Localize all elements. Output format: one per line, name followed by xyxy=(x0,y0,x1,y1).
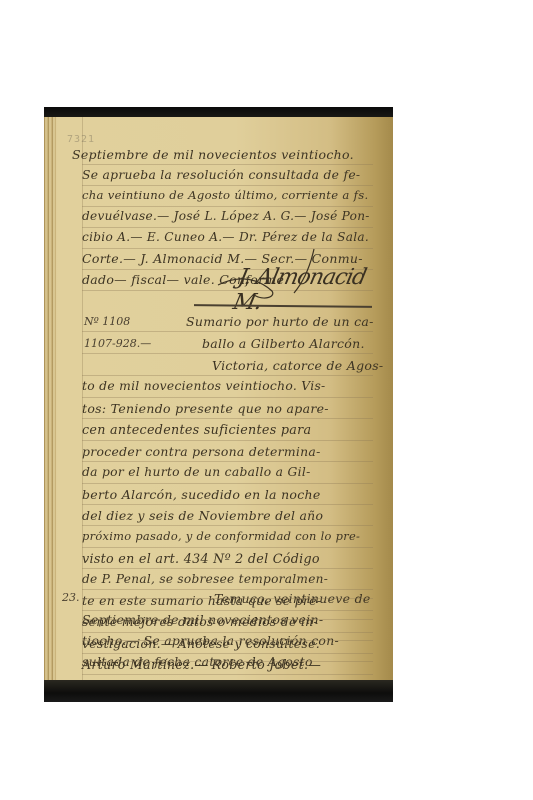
handwritten-line: Septiembre de mil novecientos veintiocho… xyxy=(72,147,354,162)
ruled-line xyxy=(82,440,373,441)
ruled-line xyxy=(82,164,373,165)
ruled-line xyxy=(82,353,373,354)
ruled-line xyxy=(82,185,373,186)
handwritten-line: visto en el art. 434 Nº 2 del Código xyxy=(82,551,320,566)
document-photo: 7321 Septiembre de mil novecientos veint… xyxy=(44,107,393,702)
ruled-line xyxy=(82,674,373,675)
page-number-stamp: 7321 xyxy=(67,134,95,145)
binding-shadow-bottom xyxy=(44,680,393,702)
signature: J. Almonacid M. xyxy=(231,265,393,315)
handwritten-line: del diez y seis de Noviembre del año xyxy=(82,508,323,523)
ruled-line xyxy=(82,227,373,228)
margin-note-day: 23. xyxy=(62,591,80,604)
handwritten-line: cibio A.— E. Cuneo A.— Dr. Pérez de la S… xyxy=(82,230,369,244)
ruled-line xyxy=(82,331,373,332)
handwritten-line: de P. Penal, se sobresee temporalmen- xyxy=(82,572,328,586)
stacked-page-edges xyxy=(44,117,56,692)
handwritten-line: proceder contra persona determina- xyxy=(82,444,321,459)
ruled-line xyxy=(82,397,373,398)
handwritten-line: tos: Teniendo presente que no apare- xyxy=(82,401,329,416)
handwritten-line: cen antecedentes suficientes para xyxy=(82,422,311,437)
handwritten-line: berto Alarcón, sucedido en la noche xyxy=(82,487,321,502)
entry-title-line: ballo a Gilberto Alarcón. xyxy=(202,336,365,351)
ruled-line xyxy=(82,589,373,590)
ruled-line xyxy=(82,661,373,662)
ruled-line xyxy=(82,547,373,548)
ruled-line xyxy=(82,525,373,526)
handwritten-line: cha veintiuno de Agosto último, corrient… xyxy=(82,188,368,202)
ruled-line xyxy=(82,375,373,376)
handwritten-line: devuélvase.— José L. López A. G.— José P… xyxy=(82,209,370,223)
ruled-line xyxy=(82,598,373,599)
ruled-line xyxy=(82,619,373,620)
ruled-line xyxy=(82,504,373,505)
entry-title-line: Sumario por hurto de un ca- xyxy=(186,314,374,329)
ruled-line xyxy=(82,418,373,419)
ruled-line xyxy=(82,461,373,462)
margin-note-number: Nº 1108 xyxy=(84,315,130,328)
handwritten-line: próximo pasado, y de conformidad con lo … xyxy=(82,529,360,543)
ledger-page: 7321 Septiembre de mil novecientos veint… xyxy=(44,117,393,692)
handwritten-line: da por el hurto de un caballo a Gil- xyxy=(82,465,311,479)
handwritten-line: Se aprueba la resolución consultada de f… xyxy=(82,168,360,182)
margin-note-ref: 1107-928.— xyxy=(84,337,151,350)
ruled-line xyxy=(82,610,373,611)
ruled-line xyxy=(82,640,373,641)
ruled-line xyxy=(82,568,373,569)
ruled-line xyxy=(82,206,373,207)
handwritten-line: Victoria, catorce de Agos- xyxy=(212,358,383,373)
handwritten-line: to de mil novecientos veintiocho. Vis- xyxy=(82,379,326,393)
ruled-line xyxy=(82,483,373,484)
